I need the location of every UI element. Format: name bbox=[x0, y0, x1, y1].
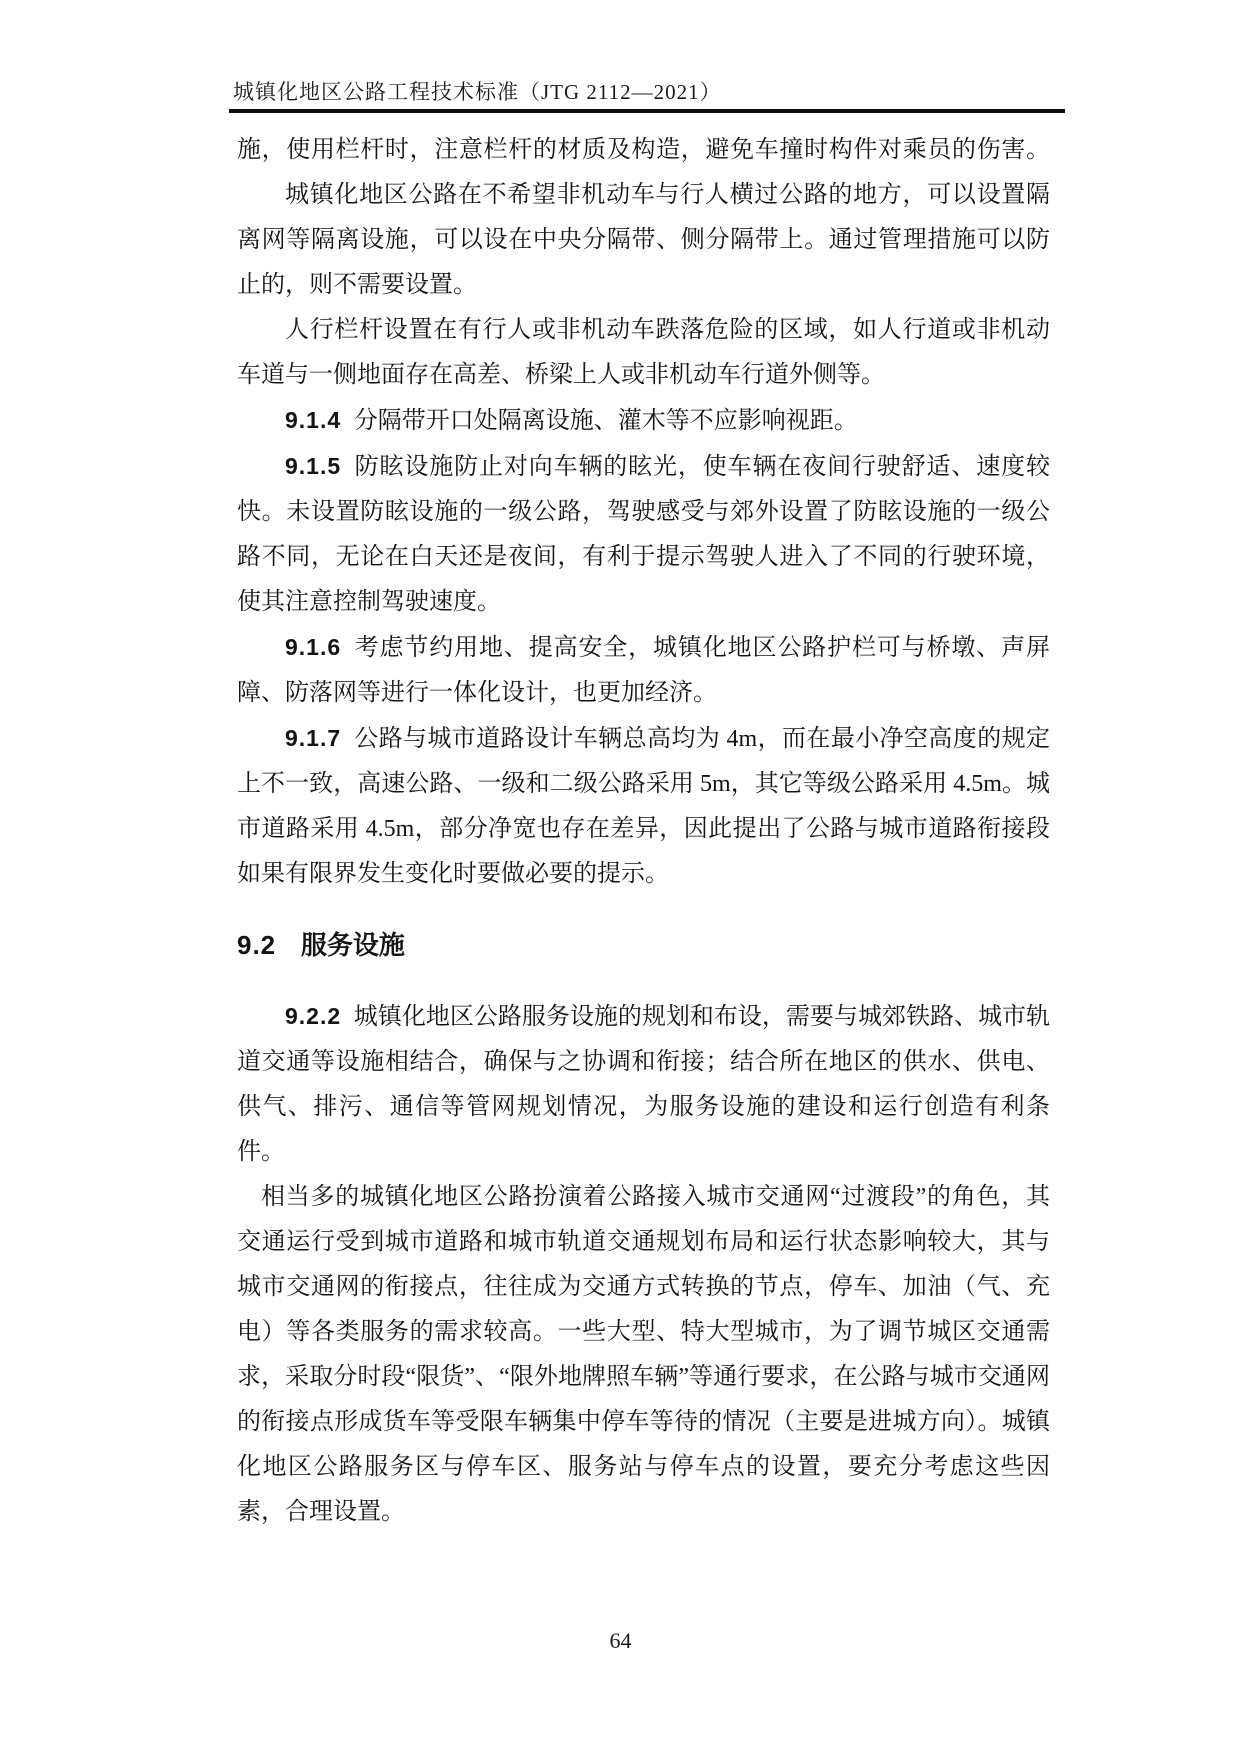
body-paragraph: 城镇化地区公路在不希望非机动车与行人横过公路的地方，可以设置隔离网等隔离设施，可… bbox=[237, 173, 1050, 308]
clause-number: 9.2.2 bbox=[285, 1003, 341, 1029]
clause-number: 9.1.5 bbox=[285, 453, 341, 479]
paragraph-text: 防眩设施防止对向车辆的眩光，使车辆在夜间行驶舒适、速度较快。未设置防眩设施的一级… bbox=[237, 454, 1050, 615]
page-number: 64 bbox=[610, 1628, 632, 1653]
paragraph-text: 人行栏杆设置在有行人或非机动车跌落危险的区域，如人行道或非机动车道与一侧地面存在… bbox=[237, 317, 1050, 388]
page-body: 施，使用栏杆时，注意栏杆的材质及构造，避免车撞时构件对乘员的伤害。 城镇化地区公… bbox=[237, 128, 1050, 1535]
header-rule bbox=[229, 109, 1065, 113]
paragraph-text: 公路与城市道路设计车辆总高均为 4m，而在最小净空高度的规定上不一致，高速公路、… bbox=[237, 726, 1050, 887]
clause-number: 9.1.6 bbox=[285, 634, 341, 660]
running-header: 城镇化地区公路工程技术标准（JTG 2112—2021） bbox=[233, 76, 722, 106]
paragraph-text: 施，使用栏杆时，注意栏杆的材质及构造，避免车撞时构件对乘员的伤害。 bbox=[237, 137, 1050, 163]
clause-number: 9.1.4 bbox=[285, 407, 341, 433]
section-title: 服务设施 bbox=[301, 930, 405, 960]
body-paragraph: 施，使用栏杆时，注意栏杆的材质及构造，避免车撞时构件对乘员的伤害。 bbox=[237, 128, 1050, 173]
paragraph-text: 分隔带开口处隔离设施、灌木等不应影响视距。 bbox=[354, 408, 858, 434]
body-paragraph: 9.1.6考虑节约用地、提高安全，城镇化地区公路护栏可与桥墩、声屏障、防落网等进… bbox=[237, 625, 1050, 716]
body-paragraph: 9.1.5防眩设施防止对向车辆的眩光，使车辆在夜间行驶舒适、速度较快。未设置防眩… bbox=[237, 444, 1050, 625]
header-title: 城镇化地区公路工程技术标准（JTG 2112—2021） bbox=[233, 80, 722, 104]
paragraph-text: 城镇化地区公路服务设施的规划和布设，需要与城郊铁路、城市轨道交通等设施相结合，确… bbox=[237, 1004, 1050, 1165]
body-paragraph: 9.1.4分隔带开口处隔离设施、灌木等不应影响视距。 bbox=[237, 398, 1050, 444]
body-paragraph: 相当多的城镇化地区公路扮演着公路接入城市交通网“过渡段”的角色，其交通运行受到城… bbox=[237, 1175, 1050, 1535]
clause-number: 9.1.7 bbox=[285, 725, 341, 751]
section-number: 9.2 bbox=[237, 930, 276, 960]
paragraph-text: 相当多的城镇化地区公路扮演着公路接入城市交通网“过渡段”的角色，其交通运行受到城… bbox=[237, 1184, 1050, 1525]
section-heading: 9.2服务设施 bbox=[237, 923, 1050, 968]
paragraph-text: 考虑节约用地、提高安全，城镇化地区公路护栏可与桥墩、声屏障、防落网等进行一体化设… bbox=[237, 635, 1050, 706]
body-paragraph: 9.2.2城镇化地区公路服务设施的规划和布设，需要与城郊铁路、城市轨道交通等设施… bbox=[237, 994, 1050, 1175]
document-page: 城镇化地区公路工程技术标准（JTG 2112—2021） 施，使用栏杆时，注意栏… bbox=[0, 0, 1241, 1754]
body-paragraph: 人行栏杆设置在有行人或非机动车跌落危险的区域，如人行道或非机动车道与一侧地面存在… bbox=[237, 308, 1050, 398]
page-footer: 64 bbox=[0, 1628, 1241, 1654]
body-paragraph: 9.1.7公路与城市道路设计车辆总高均为 4m，而在最小净空高度的规定上不一致，… bbox=[237, 716, 1050, 897]
paragraph-text: 城镇化地区公路在不希望非机动车与行人横过公路的地方，可以设置隔离网等隔离设施，可… bbox=[237, 182, 1050, 298]
